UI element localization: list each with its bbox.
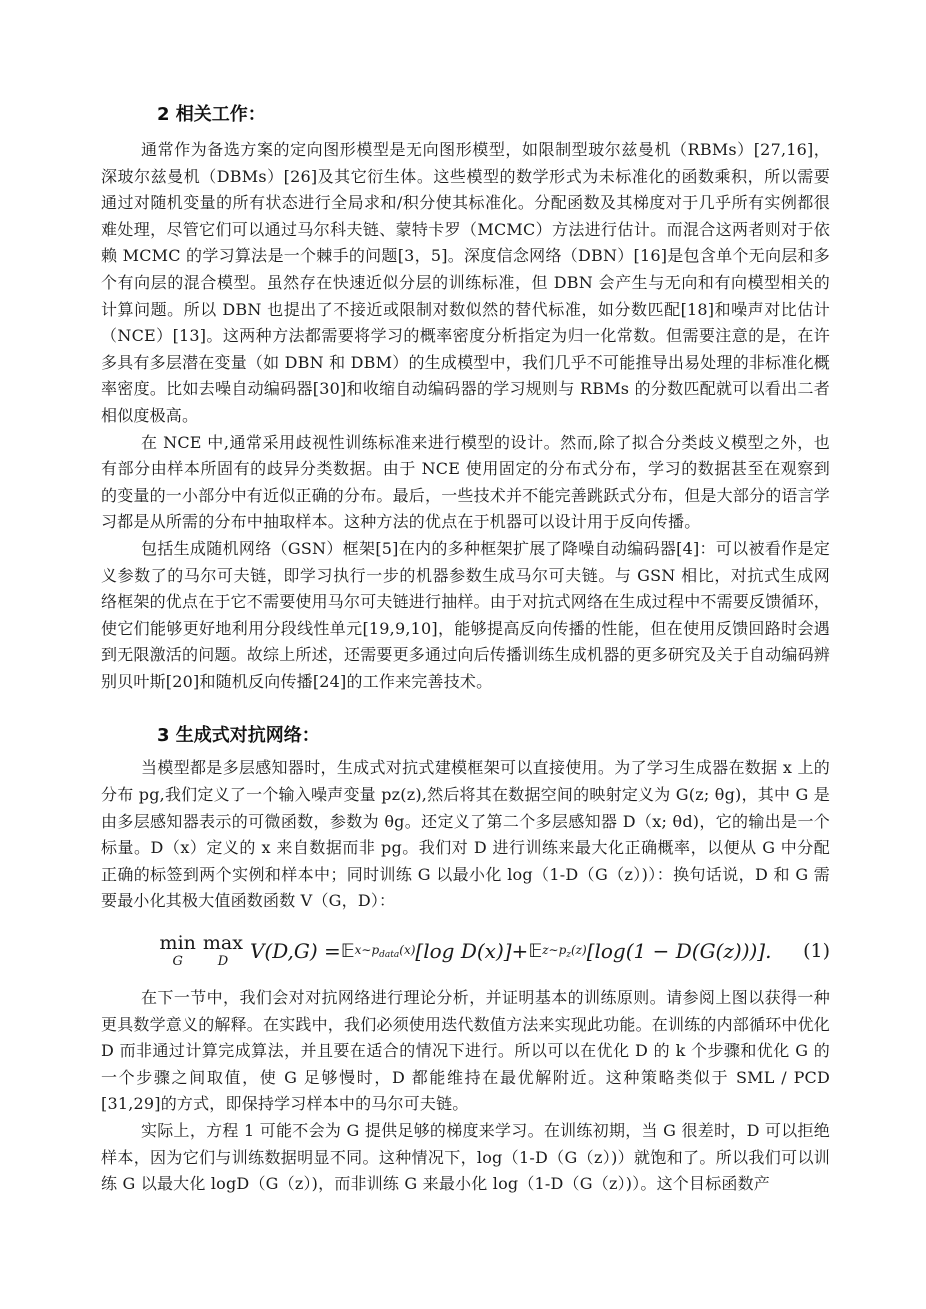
paper-page: 2 相关工作： 通常作为备选方案的定向图形模型是无向图形模型，如限制型玻尔兹曼机…	[0, 0, 926, 1309]
related-work-paragraph-3: 包括生成随机网络（GSN）框架[5]在内的多种框架扩展了降噪自动编码器[4]：可…	[101, 536, 830, 696]
max-subscript: D	[218, 955, 228, 968]
max-label: max	[203, 934, 243, 953]
subscript-data-label: data	[379, 950, 399, 960]
training-discussion-paragraph: 在下一节中，我们会对对抗网络进行理论分析，并证明基本的训练原则。请参阅上图以获得…	[101, 985, 830, 1118]
log-one-minus-d-term: [log(1 − D(G(z)))].	[587, 939, 772, 963]
log-d-term: [log D(x)]	[415, 939, 511, 963]
section-2-heading: 2 相关工作：	[157, 102, 830, 128]
value-function-lhs: V(D,G) =	[250, 939, 341, 963]
expectation-subscript-noise: z∼pz(z)	[542, 943, 587, 960]
max-operator: max D	[203, 934, 243, 968]
gradient-discussion-paragraph: 实际上，方程 1 可能不会为 G 提供足够的梯度来学习。在训练初期，当 G 很差…	[101, 1118, 830, 1198]
expectation-symbol: 𝔼	[528, 940, 542, 962]
gan-intro-paragraph: 当模型都是多层感知器时，生成式对抗式建模框架可以直接使用。为了学习生成器在数据 …	[101, 755, 830, 915]
min-label: min	[160, 934, 196, 953]
subscript-prefix: x∼p	[355, 943, 380, 957]
related-work-paragraph-1: 通常作为备选方案的定向图形模型是无向图形模型，如限制型玻尔兹曼机（RBMs）[2…	[101, 137, 830, 430]
plus-sign: +	[512, 939, 529, 963]
expectation-symbol: 𝔼	[341, 940, 355, 962]
section-3-heading: 3 生成式对抗网络：	[157, 723, 830, 749]
subscript-argument: (x)	[399, 943, 415, 957]
equation-body: min G max D V(D,G) = 𝔼 x∼pdata(x) [log D…	[160, 934, 772, 968]
expectation-subscript-data: x∼pdata(x)	[355, 943, 416, 960]
min-subscript: G	[173, 955, 183, 968]
equation-number: (1)	[803, 940, 830, 962]
subscript-prefix: z∼p	[542, 943, 566, 957]
min-operator: min G	[160, 934, 196, 968]
equation-1: min G max D V(D,G) = 𝔼 x∼pdata(x) [log D…	[101, 925, 830, 977]
related-work-paragraph-2: 在 NCE 中,通常采用歧视性训练标准来进行模型的设计。然而,除了拟合分类歧义模…	[101, 430, 830, 536]
subscript-argument: (z)	[571, 943, 587, 957]
